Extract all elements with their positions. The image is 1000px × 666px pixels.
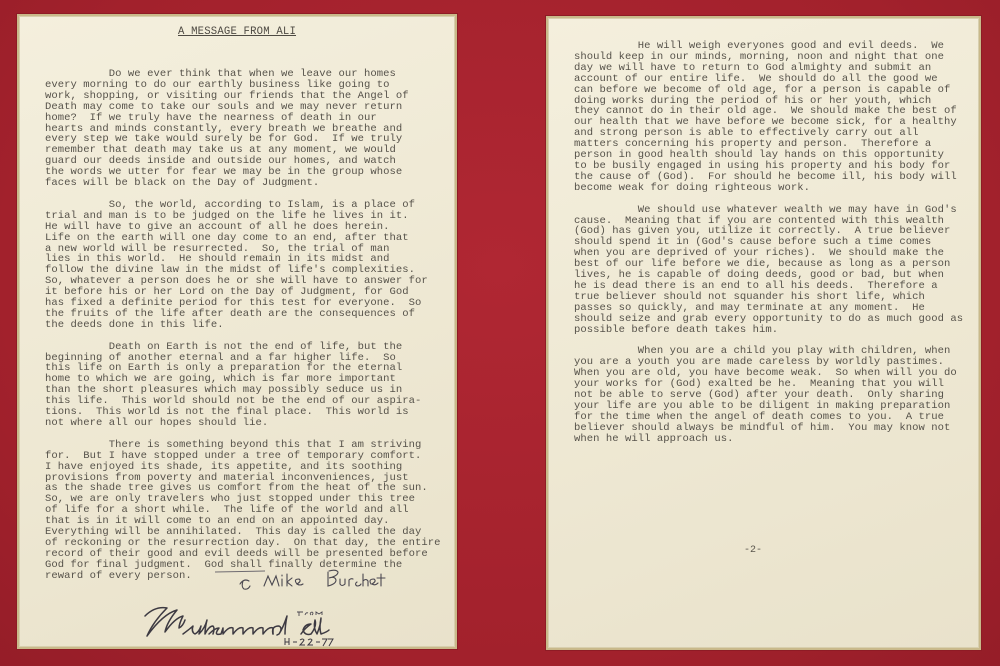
text-line: I have enjoyed its shade, its appetite, … [45,462,441,473]
text-line: faces will be black on the Day of Judgme… [45,178,441,189]
page-1-body-text: Do we ever think that when we leave our … [45,69,441,582]
page-2-body-text: He will weigh everyones good and evil de… [574,41,963,445]
text-line: Life on the earth will one day come to a… [45,233,441,244]
from-handwriting [297,612,322,616]
page-number: -2- [744,545,762,556]
letter-page-2: He will weigh everyones good and evil de… [548,18,979,648]
text-line: can before we become of old age, for a p… [574,85,963,96]
text-line: for. But I have stopped under a tree of … [45,451,441,462]
text-line: Death may come to take our souls and we … [45,102,441,113]
text-line: become weak for doing righteous work. [574,183,963,194]
text-line: reward of every person. [45,571,441,582]
text-line: We should use whatever wealth we may hav… [574,205,963,216]
text-line: believer should always be mindful of him… [574,423,963,434]
letter-page-1: A MESSAGE FROM ALI Do we ever think that… [19,16,455,647]
paragraph-break [574,194,963,205]
text-line: account of our entire life. We should do… [574,74,963,85]
text-line: He will have to give an account of all h… [45,222,441,233]
signature-date-handwriting [285,638,333,646]
text-line: home? If we truly have the nearness of d… [45,113,441,124]
text-line: Death on Earth is not the end of life, b… [45,342,441,353]
text-line: when he will approach us. [574,434,963,445]
text-line: not where all our hopes should lie. [45,418,441,429]
text-line: the deeds done in this life. [45,320,441,331]
muhammad-ali-signature [145,608,329,636]
text-line: possible before death takes him. [574,325,963,336]
letter-title: A MESSAGE FROM ALI [19,26,455,38]
text-line: should seize and grab every opportunity … [574,314,963,325]
